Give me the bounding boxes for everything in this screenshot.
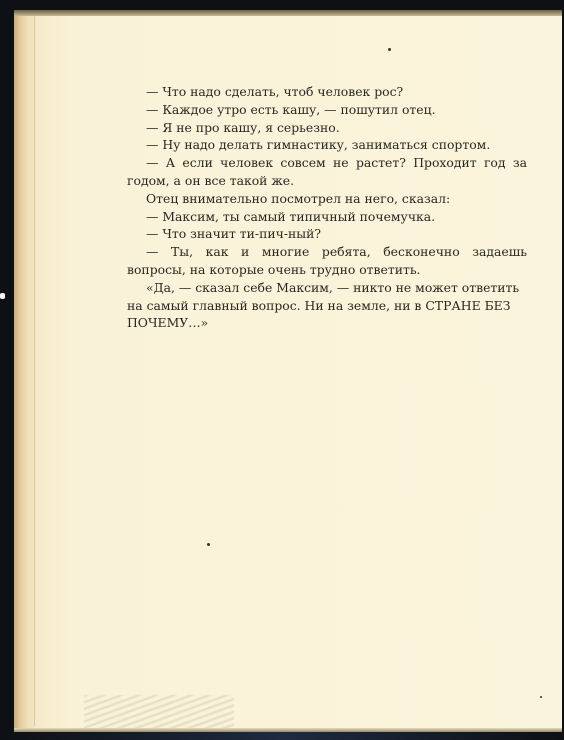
ink-speck	[388, 48, 391, 51]
paragraph: «Да, — сказал себе Максим, — никто не мо…	[127, 279, 527, 332]
page-top-edge	[14, 10, 562, 16]
scan-bottom-border	[0, 732, 564, 740]
book-page: — Что надо сделать, чтоб человек рос? — …	[14, 10, 562, 732]
paragraph: — Я не про кашу, я серьезно.	[127, 119, 527, 137]
ink-speck	[207, 543, 210, 546]
paragraph: — Что надо сделать, чтоб человек рос?	[127, 83, 527, 101]
page-text: — Что надо сделать, чтоб человек рос? — …	[127, 83, 527, 332]
paragraph: Отец внимательно посмотрел на него, сказ…	[127, 190, 527, 208]
paragraph: — Максим, ты самый типичный почемучка.	[127, 208, 527, 226]
paragraph: — Ну надо делать гимнастику, заниматься …	[127, 136, 527, 154]
paragraph: — Ты, как и многие ребята, бесконечно за…	[127, 243, 527, 279]
edge-mark	[0, 293, 5, 299]
paragraph: — А если человек совсем не растет? Прохо…	[127, 154, 527, 190]
paragraph: — Каждое утро есть кашу, — пошутил отец.	[127, 101, 527, 119]
gutter-line	[34, 16, 35, 726]
page-smudge	[84, 695, 234, 730]
paragraph: — Что значит ти-пич-ный?	[127, 225, 527, 243]
ink-speck	[540, 696, 542, 698]
